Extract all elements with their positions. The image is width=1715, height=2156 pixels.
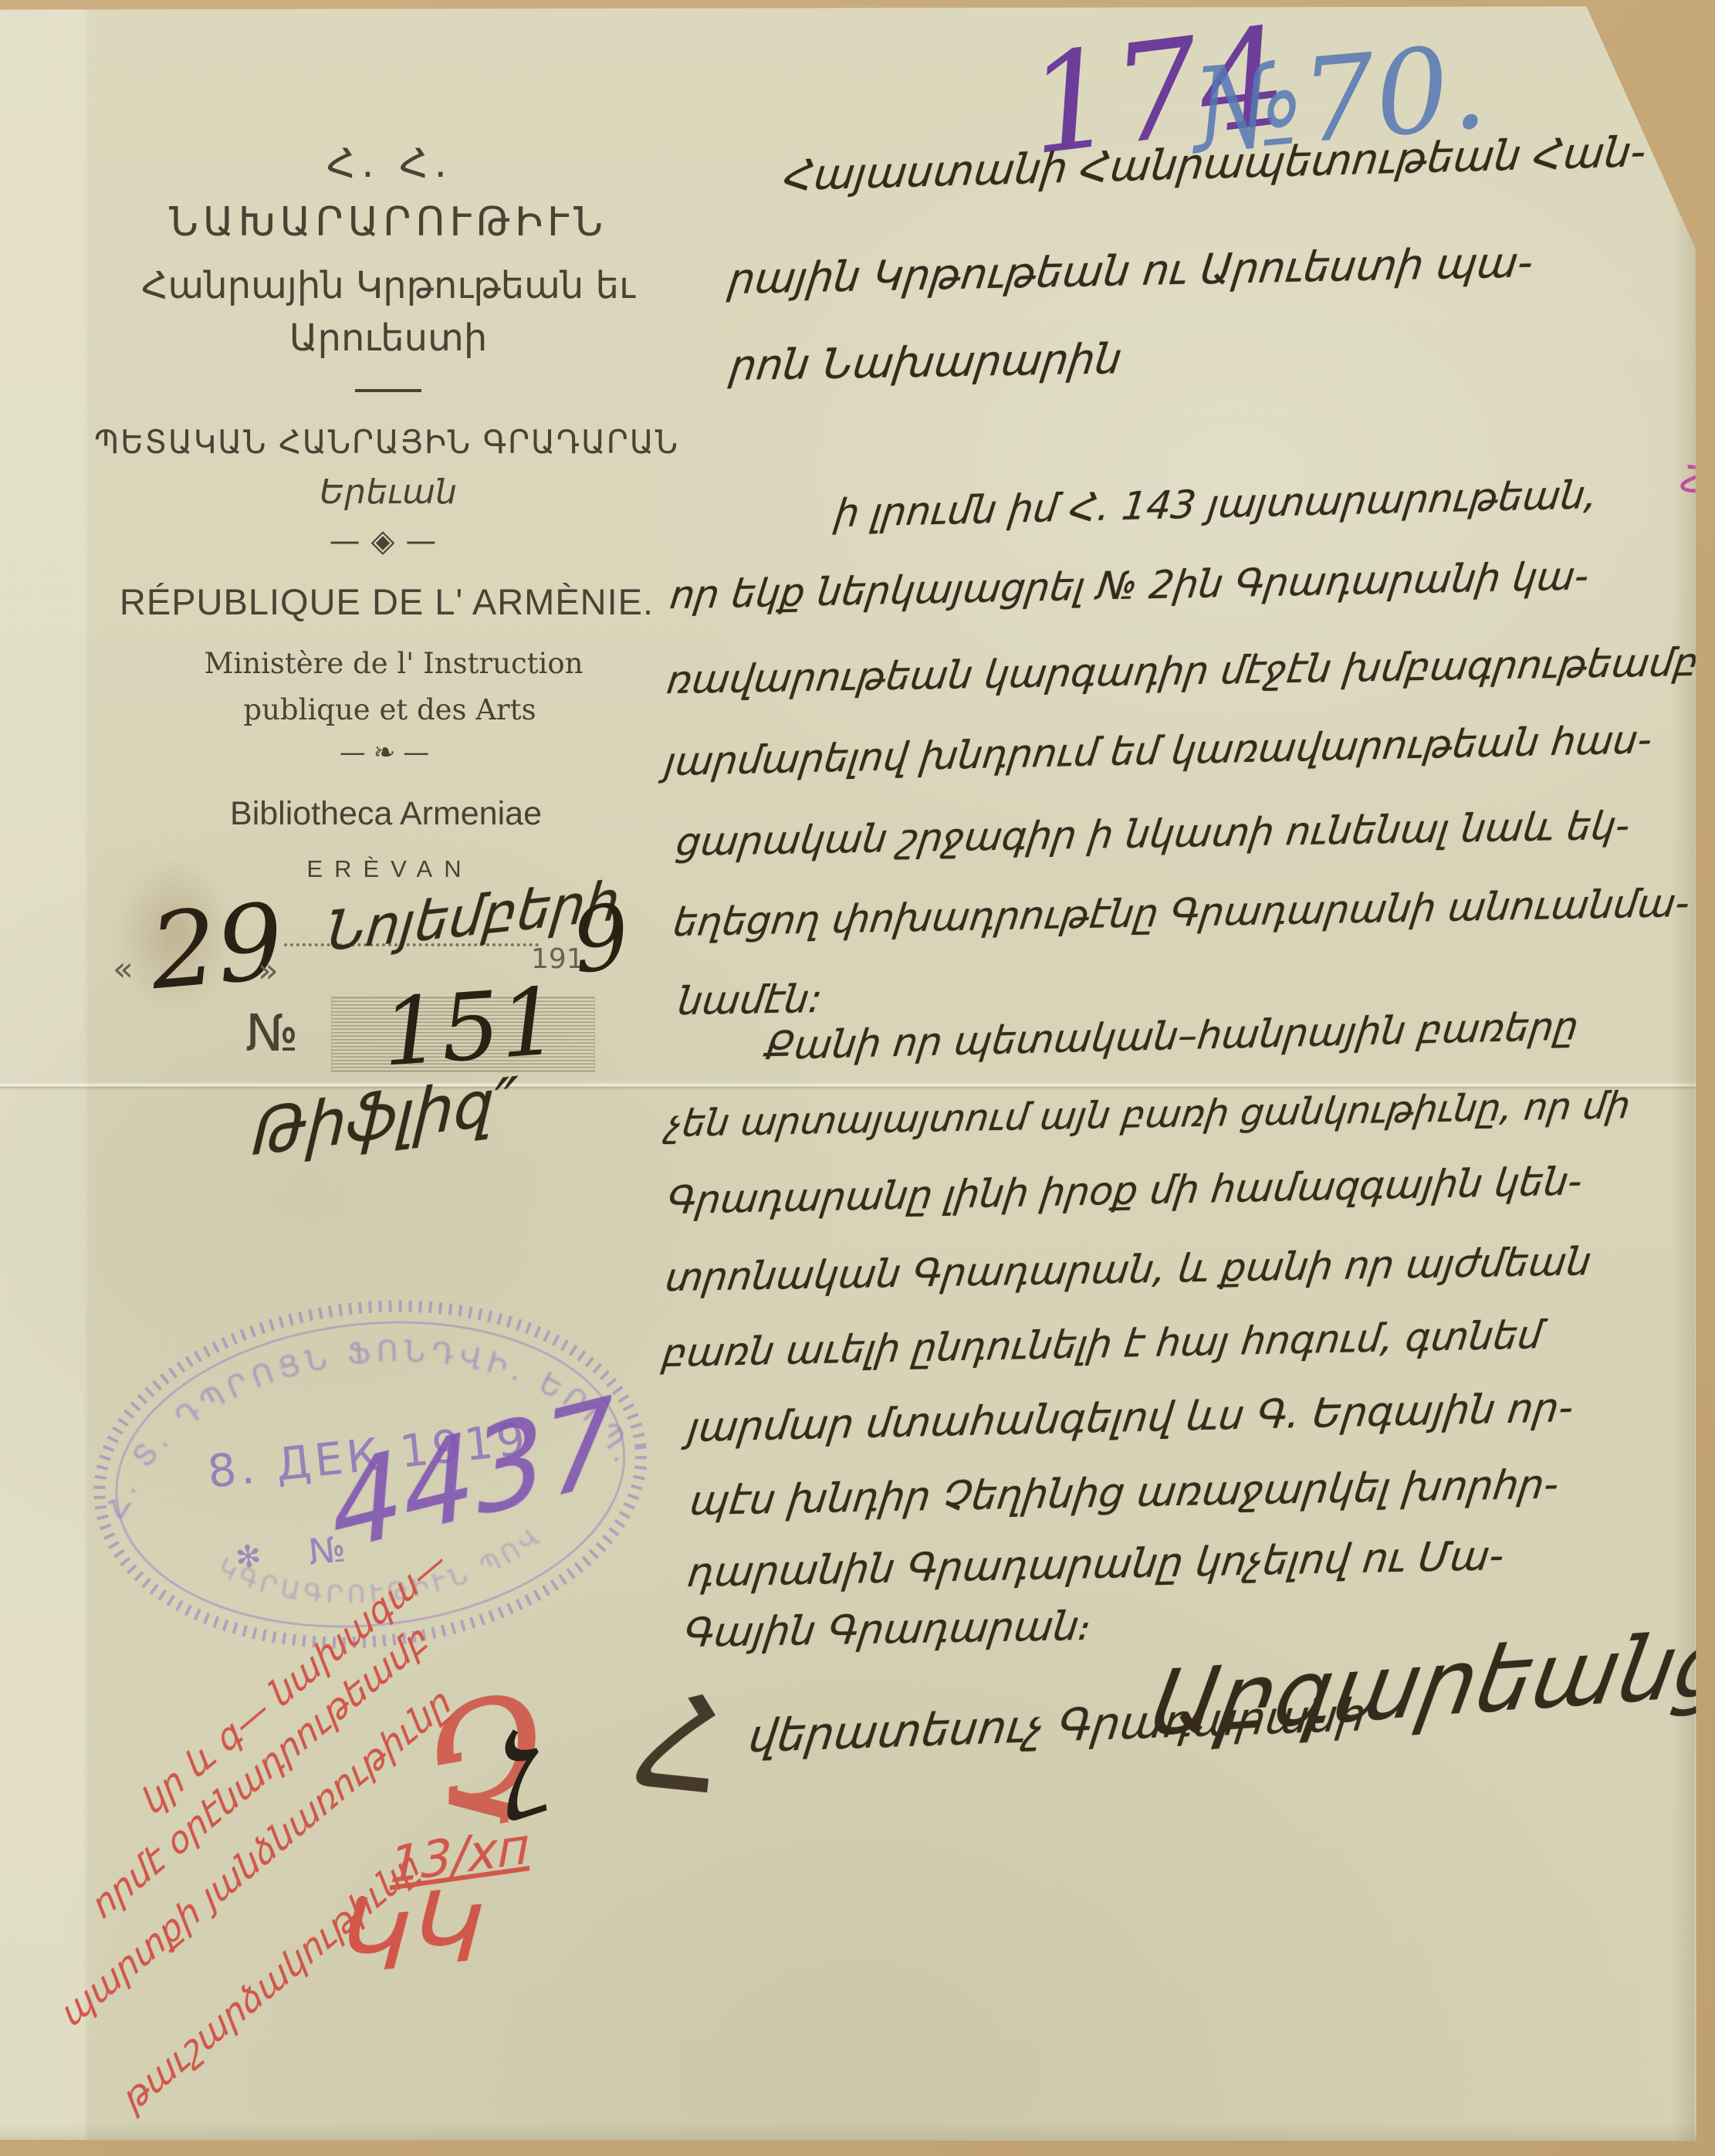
letterhead-ministere-fr2: publique et des Arts	[243, 693, 536, 726]
body-line: ցարական շրջագիր ի նկատի ունենալ նաև եկ-	[674, 803, 1632, 865]
body-line: որ եկք ներկայացրել № 2ին Գրադարանի կա-	[668, 553, 1592, 618]
letterhead-divider-rule	[355, 389, 421, 392]
ornament-spindle-icon: —◈—	[330, 523, 448, 559]
magenta-edge-squiggle-icon: ∿	[1663, 455, 1715, 503]
body-line: դարանին Գրադարանը կոչելով ու Մա-	[685, 1533, 1507, 1596]
letterhead-city-latin: ERÈVAN	[306, 855, 472, 883]
body-line: չեն արտայայտում այն բառի ցանկութիւնը, որ…	[665, 1084, 1632, 1146]
body-line: յարմար մտահանգելով ևս Գ. Երգային որ-	[685, 1385, 1576, 1451]
address-line: րային Կրթութեան ու Արուեստի պա-	[726, 238, 1535, 303]
body-line: տրոնական Գրադարան, և քանի որ այժմեան	[663, 1239, 1594, 1300]
letterhead-ministry-sub2: Արուեստի	[289, 316, 487, 360]
body-line: պէս խնդիր Չեղինից առաջարկել խորհր-	[688, 1461, 1561, 1525]
letterhead-library-title: ՊԵՏԱԿԱՆ ՀԱՆՐԱՅԻՆ ԳՐԱԴԱՐԱՆ	[94, 423, 679, 461]
body-line: Գրադարանը լինի իրօք մի համազգային կեն-	[665, 1159, 1585, 1223]
purple-edge-squiggle-icon: ∿	[1631, 38, 1670, 87]
signature-handwritten: Աբգարեանց	[1143, 1612, 1715, 1757]
date-open-quote: «	[113, 949, 134, 989]
date-year-digit-handwritten: 9	[567, 885, 635, 994]
closing-paraph-flourish: Հ	[629, 1664, 728, 1836]
document-paper: Հ. Հ. ՆԱԽԱՐԱՐՈՒԹԻՒՆ Հանրային Կրթութեան ե…	[0, 0, 1715, 2156]
body-line: Քանի որ պետական–հանրային բառերը	[763, 1004, 1581, 1068]
body-line: ի լրումն իմ Հ. 143 յայտարարութեան,	[832, 472, 1599, 536]
letterhead-ministry-title: ՆԱԽԱՐԱՐՈՒԹԻՒՆ	[169, 199, 607, 245]
letterhead-ministere-fr1: Ministère de l' Instruction	[205, 647, 584, 680]
body-line: եղեցող փոխադրութէնը Գրադարանի անուանմա-	[671, 881, 1692, 945]
stamp-asterisk-icon: ✻	[234, 1538, 263, 1576]
body-line: բառն աւելի ընդունելի է հայ հոգում, գտնեմ	[660, 1312, 1544, 1376]
document-number-label: №	[245, 1004, 299, 1063]
bottom-edge-shade	[0, 2122, 1715, 2142]
date-close-quote: »	[258, 951, 279, 990]
ornament-small-icon: —❧—	[340, 737, 438, 768]
body-line: յարմարելով խնդրում եմ կառավարութեան հաս-	[662, 717, 1654, 784]
scanned-document-page: { "annotations_top": { "archival_number_…	[0, 0, 1715, 2156]
place-note-handwritten: Թիֆլիզ″	[251, 1064, 519, 1170]
right-edge-shade	[1672, 0, 1695, 2156]
letterhead-bibliotheca: Bibliotheca Armeniae	[230, 795, 542, 833]
body-line: ռավարութեան կարգադիր մէջէն խմբագրութեամբ	[665, 640, 1701, 702]
body-line: նամէն:	[675, 976, 824, 1024]
red-monogram: ԿԿ	[335, 1864, 489, 1999]
letterhead-city-armenian: Երեւան	[320, 472, 457, 512]
letterhead-republique-fr: RÉPUBLIQUE DE L' ARMÈNIE.	[120, 580, 654, 623]
letterhead-ministry-sub1: Հանրային Կրթութեան եւ	[141, 264, 635, 307]
date-day-handwritten: 29	[145, 881, 288, 1013]
body-line: Գային Գրադարան։	[682, 1603, 1095, 1657]
address-line: րոն Նախարարին	[727, 334, 1125, 390]
letterhead-republic-initials: Հ. Հ.	[326, 140, 453, 187]
